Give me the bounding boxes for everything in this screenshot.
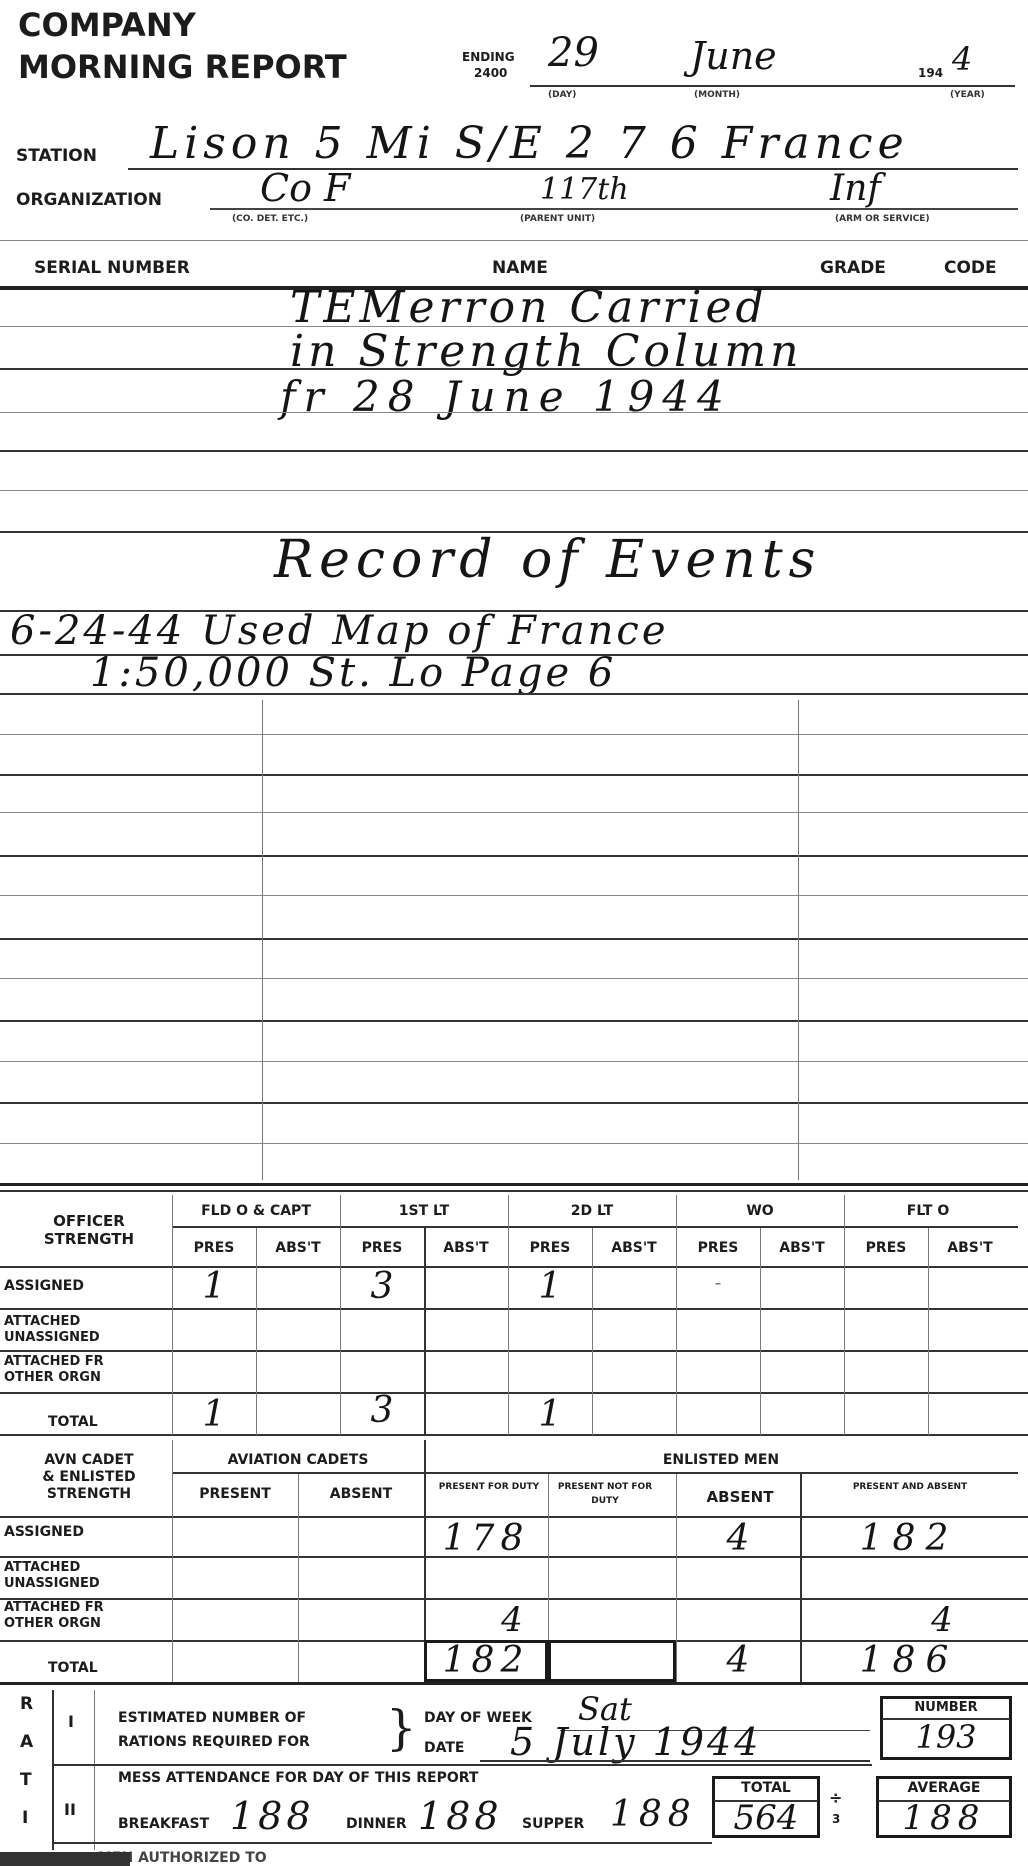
record-of-events-heading: Record of Events bbox=[274, 530, 821, 590]
report-title-line1: COMPANY bbox=[18, 6, 196, 44]
ending-label-1: ENDING bbox=[462, 50, 515, 64]
brace-icon: } bbox=[386, 1700, 417, 1756]
column-grade: GRADE bbox=[820, 258, 886, 278]
number-value: 193 bbox=[880, 1718, 1012, 1756]
report-title-line2: MORNING REPORT bbox=[18, 48, 347, 86]
officer-group-fld-o-capt: FLD O & CAPT bbox=[172, 1203, 340, 1219]
blank-rule-8 bbox=[0, 1020, 1028, 1022]
officer-total-fldo-pres: 1 bbox=[172, 1394, 256, 1435]
officer-sub-abst-3: ABS'T bbox=[592, 1240, 676, 1256]
officer-col-line-8 bbox=[760, 1228, 761, 1435]
ending-year: 4 bbox=[952, 40, 972, 78]
breakfast-value: 188 bbox=[230, 1794, 315, 1838]
officer-row-rule-2 bbox=[0, 1350, 1028, 1352]
officer-row-assigned: ASSIGNED bbox=[4, 1278, 84, 1294]
enlisted-attfr-pa: 4 bbox=[880, 1600, 1004, 1640]
divide-by: 3 bbox=[832, 1812, 840, 1826]
enlisted-title-1: AVN CADET bbox=[24, 1452, 154, 1468]
roster-entry-line3: fr 28 June 1944 bbox=[280, 372, 732, 421]
blank-rule-4 bbox=[0, 855, 1028, 857]
organization-underline bbox=[210, 208, 1018, 210]
cadets-absent-header: ABSENT bbox=[298, 1486, 424, 1502]
header-divider bbox=[0, 240, 1028, 241]
officer-group-wo: WO bbox=[676, 1203, 844, 1219]
officer-sub-abst-5: ABS'T bbox=[928, 1240, 1012, 1256]
ending-date-underline bbox=[530, 85, 1015, 87]
aviation-cadets-group: AVIATION CADETS bbox=[172, 1452, 424, 1468]
officer-col-line-4 bbox=[424, 1228, 426, 1435]
date-underline bbox=[480, 1760, 870, 1762]
station-label: STATION bbox=[16, 146, 97, 166]
enlisted-row-attached-unassigned: ATTACHED UNASSIGNED bbox=[4, 1560, 154, 1592]
org-arm-caption: (ARM OR SERVICE) bbox=[835, 214, 930, 224]
roster-rule-2 bbox=[0, 368, 1028, 370]
officer-row-rule-1 bbox=[0, 1308, 1028, 1310]
enlisted-row-attached-fr-other: ATTACHED FR OTHER ORGN bbox=[4, 1600, 154, 1632]
faint-column-guide-right bbox=[798, 700, 799, 1180]
officer-sub-pres-1: PRES bbox=[172, 1240, 256, 1256]
blank-rule-1 bbox=[0, 734, 1028, 735]
blank-rule-7 bbox=[0, 978, 1028, 979]
officer-col-line-6 bbox=[592, 1228, 593, 1435]
average-value: 188 bbox=[876, 1798, 1012, 1838]
officer-strength-title-1: OFFICER bbox=[24, 1212, 154, 1230]
officer-strength-title-2: STRENGTH bbox=[24, 1230, 154, 1248]
officer-sub-abst-2: ABS'T bbox=[424, 1240, 508, 1256]
blank-rule-3 bbox=[0, 812, 1028, 813]
enlisted-table-bottom bbox=[0, 1682, 1028, 1685]
officer-group-rule bbox=[172, 1226, 1018, 1228]
column-code: CODE bbox=[944, 258, 997, 278]
dinner-value: 188 bbox=[418, 1794, 503, 1838]
faint-column-guide-left bbox=[262, 700, 263, 1180]
day-caption: (DAY) bbox=[548, 90, 576, 100]
dinner-label: DINNER bbox=[346, 1816, 407, 1832]
officer-group-2d-lt: 2D LT bbox=[508, 1203, 676, 1219]
enlisted-assigned-pfd: 178 bbox=[424, 1518, 548, 1559]
officer-assigned-wo-pres: - bbox=[676, 1270, 760, 1294]
officer-table-top bbox=[0, 1190, 1028, 1192]
enlisted-total-pfd: 182 bbox=[424, 1640, 548, 1681]
enlisted-col-line-1 bbox=[172, 1440, 173, 1682]
date-value: 5 July 1944 bbox=[510, 1720, 761, 1764]
enlisted-total-pa: 186 bbox=[800, 1640, 1018, 1681]
officer-assigned-1stlt-pres: 3 bbox=[340, 1266, 424, 1307]
rations-side-r: R bbox=[20, 1694, 33, 1714]
average-label: AVERAGE bbox=[876, 1780, 1012, 1796]
organization-label: ORGANIZATION bbox=[16, 190, 162, 210]
org-arm: Inf bbox=[830, 168, 881, 209]
officer-row-attached-fr-other: ATTACHED FR OTHER ORGN bbox=[4, 1354, 154, 1386]
enlisted-assigned-pa: 182 bbox=[800, 1518, 1018, 1559]
supper-label: SUPPER bbox=[522, 1816, 584, 1832]
rations-col-line-2 bbox=[94, 1690, 95, 1850]
divide-symbol: ÷ bbox=[829, 1788, 842, 1807]
enlisted-absent-header: ABSENT bbox=[676, 1488, 804, 1506]
enlisted-total-absent: 4 bbox=[676, 1640, 800, 1681]
rations-side-i: I bbox=[22, 1808, 28, 1828]
blank-rule-2 bbox=[0, 774, 1028, 776]
enlisted-assigned-absent: 4 bbox=[676, 1518, 800, 1559]
rations-side-a: A bbox=[20, 1732, 33, 1752]
officer-sub-pres-5: PRES bbox=[844, 1240, 928, 1256]
enlisted-title-2: & ENLISTED bbox=[24, 1469, 154, 1485]
org-parent: 117th bbox=[540, 172, 629, 207]
rations-divider bbox=[52, 1764, 872, 1766]
breakfast-label: BREAKFAST bbox=[118, 1816, 209, 1832]
mess-attendance-label: MESS ATTENDANCE FOR DAY OF THIS REPORT bbox=[118, 1770, 478, 1786]
officer-col-line-7 bbox=[676, 1195, 677, 1435]
blank-rule-5 bbox=[0, 895, 1028, 896]
roster-rule-5 bbox=[0, 490, 1028, 491]
officer-row-total: TOTAL bbox=[48, 1414, 98, 1430]
officer-total-1stlt-pres: 3 bbox=[340, 1390, 424, 1431]
blank-rule-10 bbox=[0, 1102, 1028, 1104]
enlisted-present-and-absent-header: PRESENT AND ABSENT bbox=[840, 1480, 980, 1494]
officer-total-2dlt-pres: 1 bbox=[508, 1394, 592, 1435]
estimated-line-1: ESTIMATED NUMBER OF bbox=[118, 1710, 306, 1726]
enlisted-attfr-pfd: 4 bbox=[450, 1600, 574, 1640]
rations-section-i: I bbox=[68, 1712, 74, 1731]
org-parent-caption: (PARENT UNIT) bbox=[520, 214, 595, 224]
officer-sub-pres-4: PRES bbox=[676, 1240, 760, 1256]
blank-rule-9 bbox=[0, 1061, 1028, 1062]
blank-rule-6 bbox=[0, 938, 1028, 940]
officer-row-attached-unassigned: ATTACHED UNASSIGNED bbox=[4, 1314, 154, 1346]
rations-section-ii: II bbox=[64, 1800, 76, 1819]
enlisted-row-total: TOTAL bbox=[48, 1660, 98, 1676]
enlisted-present-for-duty-header: PRESENT FOR DUTY bbox=[434, 1480, 544, 1494]
number-label: NUMBER bbox=[880, 1700, 1012, 1715]
officer-assigned-fldo-pres: 1 bbox=[172, 1266, 256, 1307]
column-serial-number: SERIAL NUMBER bbox=[34, 258, 190, 278]
total-value: 564 bbox=[712, 1798, 820, 1838]
events-rule-3 bbox=[0, 693, 1028, 695]
officer-sub-abst-1: ABS'T bbox=[256, 1240, 340, 1256]
month-caption: (MONTH) bbox=[694, 90, 740, 100]
station-value: Lison 5 Mi S/E 2 7 6 France bbox=[150, 118, 909, 169]
blank-rule-11 bbox=[0, 1143, 1028, 1144]
roster-rule-3 bbox=[0, 412, 1028, 413]
event-line-1: 6-24-44 Used Map of France bbox=[10, 608, 669, 654]
ending-month: June bbox=[690, 34, 777, 78]
rations-side-t: T bbox=[20, 1770, 32, 1790]
estimated-line-2: RATIONS REQUIRED FOR bbox=[118, 1734, 310, 1750]
enlisted-title-3: STRENGTH bbox=[24, 1486, 154, 1502]
rations-bottom-rule bbox=[52, 1842, 712, 1844]
event-line-2: 1:50,000 St. Lo Page 6 bbox=[90, 650, 616, 696]
officer-col-line-10 bbox=[928, 1228, 929, 1435]
year-caption: (YEAR) bbox=[950, 90, 985, 100]
column-name: NAME bbox=[492, 258, 548, 278]
officer-group-flt-o: FLT O bbox=[844, 1203, 1012, 1219]
enlisted-present-not-for-duty-header: PRESENT NOT FOR DUTY bbox=[550, 1480, 660, 1508]
org-company: Co F bbox=[260, 166, 350, 210]
enlisted-col-line-2 bbox=[298, 1474, 299, 1682]
enlisted-row-assigned: ASSIGNED bbox=[4, 1524, 84, 1540]
total-present-not-for-duty-box bbox=[548, 1640, 676, 1682]
year-prefix: 194 bbox=[918, 66, 943, 80]
officer-sub-abst-4: ABS'T bbox=[760, 1240, 844, 1256]
officer-sub-pres-3: PRES bbox=[508, 1240, 592, 1256]
bottom-scan-shadow bbox=[0, 1852, 130, 1866]
date-label: DATE bbox=[424, 1740, 464, 1756]
ending-label-2: 2400 bbox=[474, 66, 507, 80]
officer-group-1st-lt: 1ST LT bbox=[340, 1203, 508, 1219]
supper-value: 188 bbox=[610, 1794, 697, 1835]
roster-rule-4 bbox=[0, 450, 1028, 452]
org-company-caption: (CO. DET. ETC.) bbox=[232, 214, 308, 224]
officer-col-line-9 bbox=[844, 1195, 845, 1435]
blank-rule-12 bbox=[0, 1183, 1028, 1186]
cadets-present-header: PRESENT bbox=[172, 1486, 298, 1502]
officer-col-line-2 bbox=[256, 1228, 257, 1435]
rations-col-line-1 bbox=[52, 1690, 54, 1850]
ending-day: 29 bbox=[548, 30, 599, 76]
officer-assigned-2dlt-pres: 1 bbox=[508, 1266, 592, 1307]
enlisted-men-group: ENLISTED MEN bbox=[424, 1452, 1018, 1468]
total-label: TOTAL bbox=[712, 1780, 820, 1796]
officer-sub-pres-2: PRES bbox=[340, 1240, 424, 1256]
